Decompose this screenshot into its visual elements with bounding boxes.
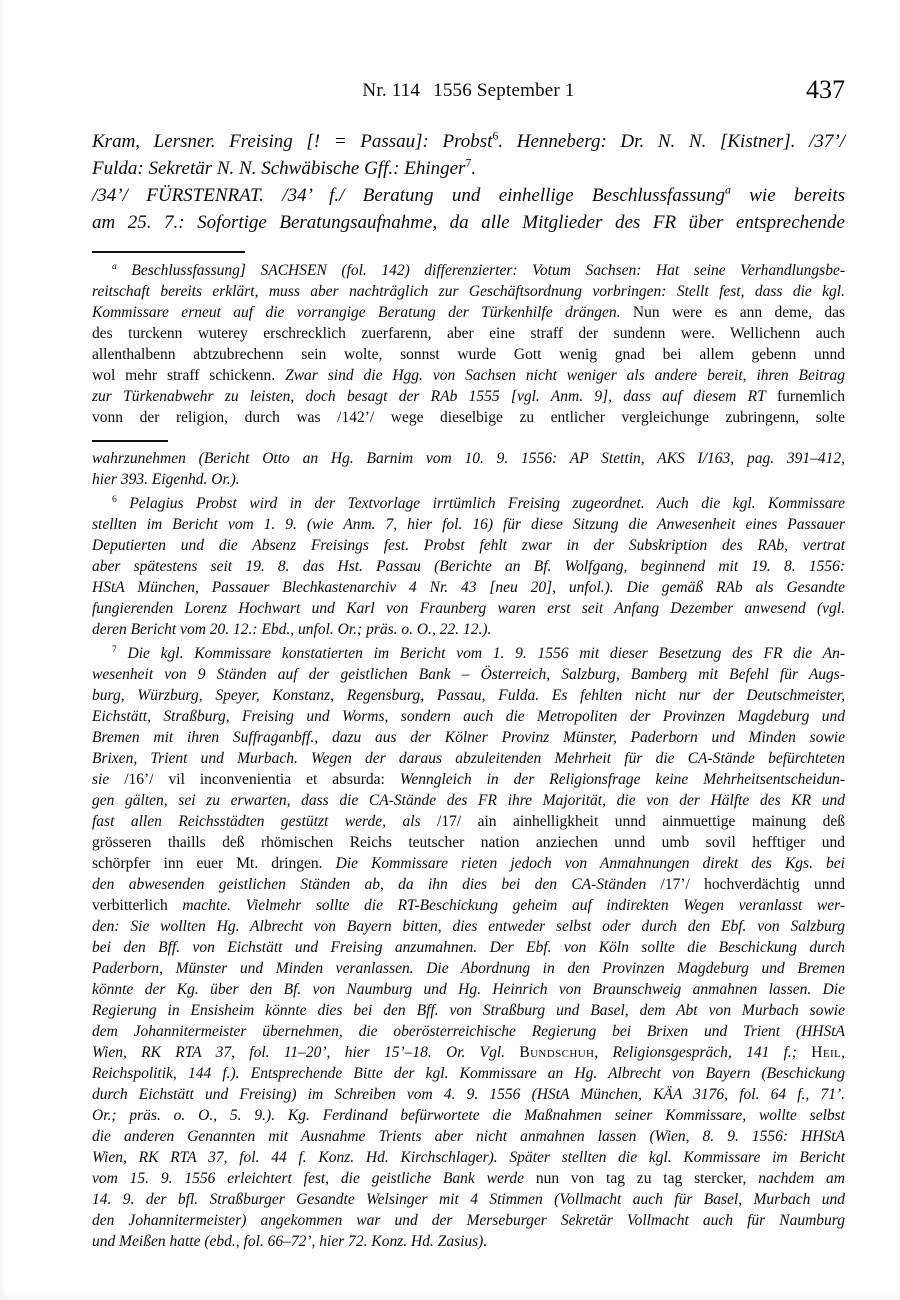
text-line: wol mehr straff schickenn. Zwar sind die…: [92, 365, 845, 386]
text-segment: reitschaft bereits erklärt, muss aber na…: [92, 283, 845, 300]
text-line: die anderen Genannten mit Ausnahme Trien…: [92, 1126, 845, 1147]
text-line: vonn der religion, durch was /142’/ wege…: [92, 407, 845, 428]
book-page: Nr. 1141556 September 1 437 Kram, Lersne…: [0, 0, 900, 1300]
text-line: gen gälten, sei zu erwarten, dass die CA…: [92, 790, 845, 811]
apparatus-note-a: a Beschlussfassung] SACHSEN (fol. 142) d…: [92, 260, 845, 428]
text-line: des turckenn wuterey erschrecklich zuerf…: [92, 323, 845, 344]
text-segment: Reichspolitik, 144 f.). Entsprechende Bi…: [92, 1065, 845, 1082]
text-line: 7 Die kgl. Kommissare konstatierten im B…: [92, 643, 845, 664]
text-line: wahrzunehmen (Bericht Otto an Hg. Barnim…: [92, 448, 845, 469]
text-segment: am 25. 7.: Sofortige Beratungsaufnahme, …: [92, 212, 845, 233]
text-segment: Brixen, Trient und Murbach. Wegen der da…: [92, 750, 845, 767]
text-segment: durch Eichstätt und Freising) im Schreib…: [92, 1086, 845, 1103]
text-line: vom 15. 9. 1556 erleichtert fest, die ge…: [92, 1168, 845, 1189]
page-number: 437: [806, 75, 845, 105]
text-segment: burg, Würzburg, Speyer, Konstanz, Regens…: [92, 687, 845, 704]
footnote-continuation: wahrzunehmen (Bericht Otto an Hg. Barnim…: [92, 448, 845, 490]
text-segment: Deputierten und die Absenz Freisings fes…: [92, 537, 845, 554]
text-line: sie /16’/ vil inconvenientia et absurda:…: [92, 769, 845, 790]
text-segment: Heil: [811, 1044, 841, 1061]
document-number: Nr. 114: [362, 80, 420, 101]
main-text-fuerstenrat: /34’/ FÜRSTENRAT. /34’ f./ Beratung und …: [92, 182, 845, 236]
text-segment: den Johannitermeister) angekommen war un…: [92, 1212, 845, 1229]
text-line: Bremen mit ihren Suffraganbff., dazu aus…: [92, 727, 845, 748]
text-line: schörpfer inn euer Mt. dringen. Die Komm…: [92, 853, 845, 874]
page-header: Nr. 1141556 September 1 437: [92, 80, 845, 106]
text-segment: des turckenn wuterey erschrecklich zuerf…: [92, 325, 845, 342]
text-segment: zur Türkenabwehr zu leisten, doch besagt…: [92, 388, 766, 405]
text-segment: den abwesenden geistlichen Ständen ab, d…: [92, 876, 661, 893]
text-segment: Kram, Lersner. Freising [! = Passau]: Pr…: [92, 131, 492, 152]
text-segment: Die kgl. Kommissare konstatierten im Ber…: [117, 645, 845, 662]
main-text-participants: Kram, Lersner. Freising [! = Passau]: Pr…: [92, 128, 845, 182]
text-segment: vom 15. 9. 1556 erleichtert fest, die ge…: [92, 1170, 536, 1187]
text-segment: allenthalbenn abtzubrechenn sein wolte, …: [92, 346, 845, 363]
text-segment: Wien, RK RTA 37, fol. 44 f. Konz. Hd. Ki…: [92, 1149, 845, 1166]
text-segment: Zwar sind die Hgg. von Sachsen nicht wen…: [285, 367, 845, 384]
text-segment: Paderborn, Münster und Minden veranlasse…: [92, 960, 845, 977]
text-segment: hier 393. Eigenhd. Or.).: [92, 471, 240, 488]
text-segment: aber spätestens seit 19. 8. das Hst. Pas…: [92, 558, 845, 575]
text-line: 6 Pelagius Probst wird in der Textvorlag…: [92, 493, 845, 514]
text-line: Kommissare erneut auf die vorrangige Ber…: [92, 302, 845, 323]
text-segment: HStA München, Passauer Blechkastenarchiv…: [92, 579, 845, 596]
text-segment: machte. Vielmehr sollte die RT-Beschicku…: [182, 897, 845, 914]
footnote-6: 6 Pelagius Probst wird in der Textvorlag…: [92, 493, 845, 640]
text-line: fungierenden Lorenz Hochwart und Karl vo…: [92, 598, 845, 619]
text-segment: und Meißen hatte (ebd., fol. 66–72’, hie…: [92, 1233, 487, 1250]
document-date: 1556 September 1: [433, 80, 574, 101]
text-segment: Beschlussfassung] SACHSEN (fol. 142) dif…: [117, 262, 845, 279]
text-line: fast allen Reichsstädten gestützt werde,…: [92, 811, 845, 832]
text-segment: ,: [841, 1044, 845, 1061]
text-segment: nun von tag zu tag stercker,: [536, 1170, 758, 1187]
text-line: zur Türkenabwehr zu leisten, doch besagt…: [92, 386, 845, 407]
text-line: stellten im Bericht vom 1. 9. (wie Anm. …: [92, 514, 845, 535]
text-segment: könnte der Kg. über den Bf. von Naumburg…: [92, 981, 845, 998]
text-line: grösseren thaills deß rhömischen Reichs …: [92, 832, 845, 853]
text-line: Kram, Lersner. Freising [! = Passau]: Pr…: [92, 128, 845, 155]
text-segment: /17/ ain ainhelligkheit unnd ainmuettige…: [421, 813, 845, 830]
text-segment: gen gälten, sei zu erwarten, dass die CA…: [92, 792, 845, 809]
text-line: und Meißen hatte (ebd., fol. 66–72’, hie…: [92, 1231, 845, 1252]
text-segment: Fulda: Sekretär N. N. Schwäbische Gff.: …: [92, 158, 465, 179]
text-segment: Wien, RK RTA 37, fol. 11–20’, hier 15’–1…: [92, 1044, 519, 1061]
text-line: Deputierten und die Absenz Freisings fes…: [92, 535, 845, 556]
text-segment: /34’/ FÜRSTENRAT. /34’ f./ Beratung und …: [92, 185, 725, 206]
text-segment: wahrzunehmen (Bericht Otto an Hg. Barnim…: [92, 450, 845, 467]
text-line: dem Johannitermeister übernehmen, die ob…: [92, 1021, 845, 1042]
text-line: Paderborn, Münster und Minden veranlasse…: [92, 958, 845, 979]
text-line: burg, Würzburg, Speyer, Konstanz, Regens…: [92, 685, 845, 706]
text-segment: Or.; präs. o. O., 5. 9.). Kg. Ferdinand …: [92, 1107, 845, 1124]
text-segment: . Henneberg: Dr. N. N. [Kistner]. /37’/: [498, 131, 845, 152]
text-segment: grösseren thaills deß rhömischen Reichs …: [92, 834, 845, 851]
text-line: bei den Bff. von Eichstätt und Freising …: [92, 937, 845, 958]
text-line: aber spätestens seit 19. 8. das Hst. Pas…: [92, 556, 845, 577]
text-line: Brixen, Trient und Murbach. Wegen der da…: [92, 748, 845, 769]
text-line: könnte der Kg. über den Bf. von Naumburg…: [92, 979, 845, 1000]
footnote-rule-primary: [92, 251, 245, 253]
text-line: deren Bericht vom 20. 12.: Ebd., unfol. …: [92, 619, 845, 640]
text-segment: schörpfer inn euer Mt. dringen.: [92, 855, 336, 872]
running-title: Nr. 1141556 September 1: [92, 80, 845, 102]
text-segment: verbitterlich: [92, 897, 182, 914]
text-line: Fulda: Sekretär N. N. Schwäbische Gff.: …: [92, 155, 845, 182]
text-segment: Regierung in Ensisheim könnte dies bei d…: [92, 1002, 845, 1019]
text-line: /34’/ FÜRSTENRAT. /34’ f./ Beratung und …: [92, 182, 845, 209]
text-segment: Kommissare erneut auf die vorrangige Ber…: [92, 304, 621, 321]
footnote-rule-secondary: [92, 440, 168, 442]
text-segment: die anderen Genannten mit Ausnahme Trien…: [92, 1128, 845, 1145]
text-segment: den: Sie wollten Hg. Albrecht von Bayern…: [92, 918, 845, 935]
text-line: reitschaft bereits erklärt, muss aber na…: [92, 281, 845, 302]
text-segment: bei den Bff. von Eichstätt und Freising …: [92, 939, 845, 956]
text-column: Kram, Lersner. Freising [! = Passau]: Pr…: [92, 128, 845, 1252]
text-line: durch Eichstätt und Freising) im Schreib…: [92, 1084, 845, 1105]
text-segment: .: [471, 158, 476, 179]
text-line: verbitterlich machte. Vielmehr sollte di…: [92, 895, 845, 916]
text-segment: furnemlich: [766, 388, 845, 405]
text-line: HStA München, Passauer Blechkastenarchiv…: [92, 577, 845, 598]
text-segment: vonn der religion, durch was /142’/ wege…: [92, 409, 845, 426]
text-line: den Johannitermeister) angekommen war un…: [92, 1210, 845, 1231]
text-segment: Die Kommissare rieten jedoch von Anmahnu…: [336, 855, 845, 872]
text-segment: deren Bericht vom 20. 12.: Ebd., unfol. …: [92, 621, 491, 638]
text-line: Reichspolitik, 144 f.). Entsprechende Bi…: [92, 1063, 845, 1084]
text-segment: Eichstätt, Straßburg, Freising und Worms…: [92, 708, 845, 725]
text-line: hier 393. Eigenhd. Or.).: [92, 469, 845, 490]
text-segment: , Religionsgespräch, 141 f.;: [594, 1044, 811, 1061]
text-segment: dem Johannitermeister übernehmen, die ob…: [92, 1023, 845, 1040]
text-segment: stellten im Bericht vom 1. 9. (wie Anm. …: [92, 516, 845, 533]
text-segment: nachdem am: [758, 1170, 845, 1187]
text-segment: wesenheit von 9 Ständen auf der geistlic…: [92, 666, 845, 683]
text-segment: Pelagius Probst wird in der Textvorlage …: [117, 495, 845, 512]
text-segment: Bremen mit ihren Suffraganbff., dazu aus…: [92, 729, 845, 746]
text-segment: Nun were es ann deme, das: [621, 304, 845, 321]
text-segment: 14. 9. der bfl. Straßburger Gesandte Wel…: [92, 1191, 845, 1208]
text-line: wesenheit von 9 Ständen auf der geistlic…: [92, 664, 845, 685]
footnote-7: 7 Die kgl. Kommissare konstatierten im B…: [92, 643, 845, 1252]
text-segment: fast allen Reichsstädten gestützt werde,…: [92, 813, 421, 830]
text-line: allenthalbenn abtzubrechenn sein wolte, …: [92, 344, 845, 365]
text-line: 14. 9. der bfl. Straßburger Gesandte Wel…: [92, 1189, 845, 1210]
text-line: am 25. 7.: Sofortige Beratungsaufnahme, …: [92, 209, 845, 236]
text-line: a Beschlussfassung] SACHSEN (fol. 142) d…: [92, 260, 845, 281]
text-segment: Wenngleich in der Religionsfrage keine M…: [400, 771, 845, 788]
text-segment: /17’/ hochverdächtig unnd: [661, 876, 845, 893]
text-segment: /16’/ vil inconvenientia et absurda:: [124, 771, 400, 788]
text-line: Regierung in Ensisheim könnte dies bei d…: [92, 1000, 845, 1021]
text-segment: fungierenden Lorenz Hochwart und Karl vo…: [92, 600, 845, 617]
text-segment: Bundschuh: [519, 1044, 594, 1061]
text-line: Wien, RK RTA 37, fol. 44 f. Konz. Hd. Ki…: [92, 1147, 845, 1168]
text-line: Wien, RK RTA 37, fol. 11–20’, hier 15’–1…: [92, 1042, 845, 1063]
text-segment: wol mehr straff schickenn.: [92, 367, 285, 384]
text-line: Or.; präs. o. O., 5. 9.). Kg. Ferdinand …: [92, 1105, 845, 1126]
text-line: den abwesenden geistlichen Ständen ab, d…: [92, 874, 845, 895]
text-line: Eichstätt, Straßburg, Freising und Worms…: [92, 706, 845, 727]
text-line: den: Sie wollten Hg. Albrecht von Bayern…: [92, 916, 845, 937]
text-segment: sie: [92, 771, 124, 788]
text-segment: wie bereits: [731, 185, 845, 206]
